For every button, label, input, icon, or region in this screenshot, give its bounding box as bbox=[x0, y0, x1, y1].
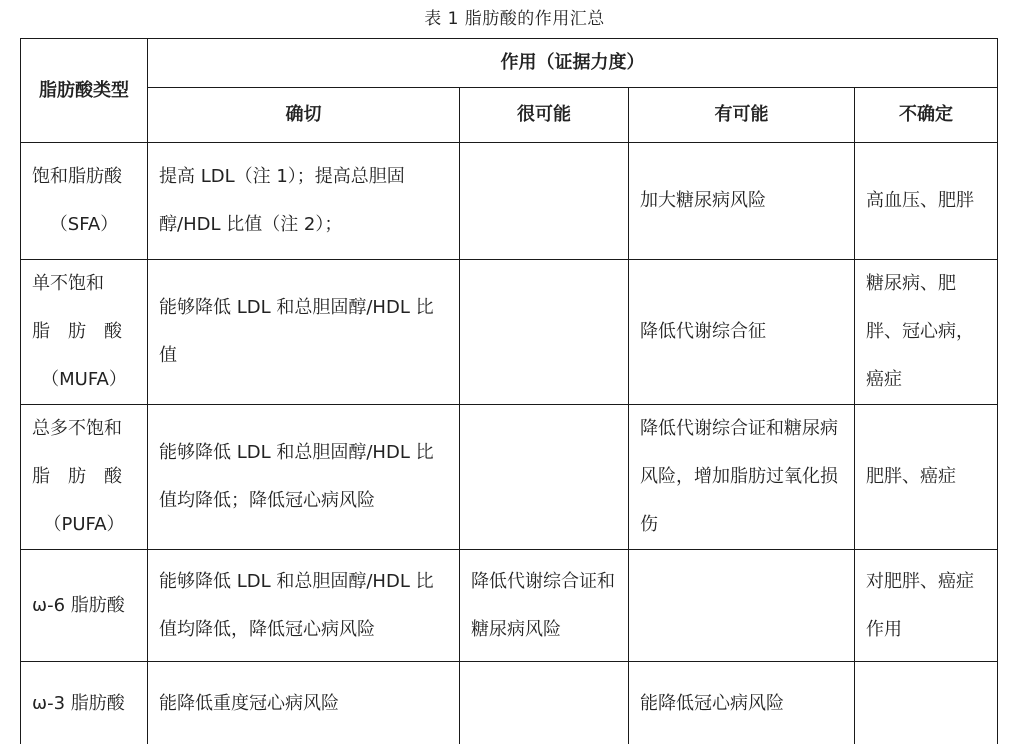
table-row: ω-3 脂肪酸 能降低重度冠心病风险 能降低冠心病风险 bbox=[21, 662, 998, 744]
cell-uncertain: 肥胖、癌症 bbox=[855, 405, 998, 550]
fatty-acid-type: 总多不饱和 脂 肪 酸 （PUFA） bbox=[21, 405, 148, 550]
type-line: ω-3 脂肪酸 bbox=[32, 680, 136, 728]
fatty-acid-type: 饱和脂肪酸 （SFA） bbox=[21, 143, 148, 260]
cell-possible: 降低代谢综合征 bbox=[629, 260, 855, 405]
type-line: 单不饱和 bbox=[32, 260, 136, 308]
cell-definite: 能够降低 LDL 和总胆固醇/HDL 比值均降低；降低冠心病风险 bbox=[148, 405, 460, 550]
cell-uncertain bbox=[855, 662, 998, 744]
table-row: 饱和脂肪酸 （SFA） 提高 LDL（注 1）；提高总胆固醇/HDL 比值（注 … bbox=[21, 143, 998, 260]
table-row: 单不饱和 脂 肪 酸 （MUFA） 能够降低 LDL 和总胆固醇/HDL 比值 … bbox=[21, 260, 998, 405]
cell-possible: 能降低冠心病风险 bbox=[629, 662, 855, 744]
type-line: （SFA） bbox=[32, 201, 136, 249]
fatty-acid-effects-table: 脂肪酸类型 作用（证据力度） 确切 很可能 有可能 不确定 饱和脂肪酸 （SFA… bbox=[20, 38, 998, 744]
header-uncertain: 不确定 bbox=[855, 88, 998, 143]
fatty-acid-type: ω-6 脂肪酸 bbox=[21, 550, 148, 662]
cell-definite: 能够降低 LDL 和总胆固醇/HDL 比值均降低，降低冠心病风险 bbox=[148, 550, 460, 662]
cell-possible: 加大糖尿病风险 bbox=[629, 143, 855, 260]
cell-definite: 提高 LDL（注 1）；提高总胆固醇/HDL 比值（注 2）； bbox=[148, 143, 460, 260]
table-row: 总多不饱和 脂 肪 酸 （PUFA） 能够降低 LDL 和总胆固醇/HDL 比值… bbox=[21, 405, 998, 550]
cell-likely bbox=[460, 662, 629, 744]
type-line: 饱和脂肪酸 bbox=[32, 153, 136, 201]
cell-possible bbox=[629, 550, 855, 662]
header-fatty-acid-type: 脂肪酸类型 bbox=[21, 39, 148, 143]
type-line: （MUFA） bbox=[32, 356, 136, 404]
cell-definite: 能够降低 LDL 和总胆固醇/HDL 比值 bbox=[148, 260, 460, 405]
type-line: （PUFA） bbox=[32, 501, 136, 549]
type-line: 总多不饱和 bbox=[32, 405, 136, 453]
cell-uncertain: 高血压、肥胖 bbox=[855, 143, 998, 260]
cell-uncertain: 对肥胖、癌症作用 bbox=[855, 550, 998, 662]
cell-uncertain: 糖尿病、肥胖、冠心病，癌症 bbox=[855, 260, 998, 405]
cell-definite: 能降低重度冠心病风险 bbox=[148, 662, 460, 744]
header-possible: 有可能 bbox=[629, 88, 855, 143]
fatty-acid-type: 单不饱和 脂 肪 酸 （MUFA） bbox=[21, 260, 148, 405]
fatty-acid-type: ω-3 脂肪酸 bbox=[21, 662, 148, 744]
type-line: 脂 肪 酸 bbox=[32, 308, 136, 356]
table-row: ω-6 脂肪酸 能够降低 LDL 和总胆固醇/HDL 比值均降低，降低冠心病风险… bbox=[21, 550, 998, 662]
cell-likely bbox=[460, 143, 629, 260]
cell-possible: 降低代谢综合证和糖尿病风险，增加脂肪过氧化损伤 bbox=[629, 405, 855, 550]
type-line: ω-6 脂肪酸 bbox=[32, 582, 136, 630]
header-likely: 很可能 bbox=[460, 88, 629, 143]
header-definite: 确切 bbox=[148, 88, 460, 143]
cell-likely bbox=[460, 405, 629, 550]
cell-likely: 降低代谢综合证和糖尿病风险 bbox=[460, 550, 629, 662]
type-line: 脂 肪 酸 bbox=[32, 453, 136, 501]
table-caption: 表 1 脂肪酸的作用汇总 bbox=[0, 4, 1029, 29]
cell-likely bbox=[460, 260, 629, 405]
header-effect-group: 作用（证据力度） bbox=[148, 39, 998, 88]
